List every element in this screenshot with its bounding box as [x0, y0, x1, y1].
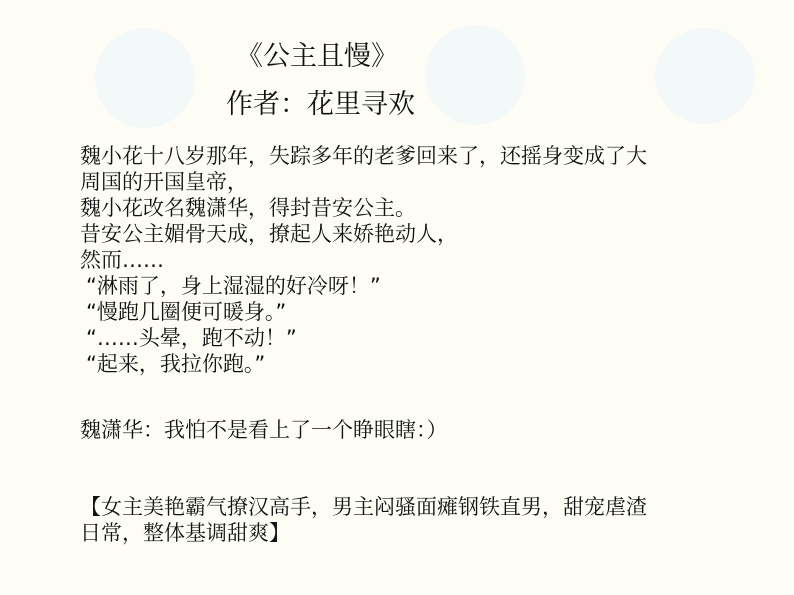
- tag-summary: 【女主美艳霸气撩汉高手，男主闷骚面瘫钢铁直男，甜宠虐渣 日常，整体基调甜爽】: [80, 494, 750, 546]
- book-title: 《公主且慢》: [236, 34, 398, 73]
- tag-line: 日常，整体基调甜爽】: [80, 520, 750, 546]
- watermark-circle: [425, 25, 525, 125]
- dialogue-line: “淋雨了，身上湿湿的好冷呀！”: [80, 273, 760, 299]
- synopsis-line: 周国的开国皇帝，: [80, 169, 760, 195]
- synopsis: 魏小花十八岁那年，失踪多年的老爹回来了，还摇身变成了大 周国的开国皇帝， 魏小花…: [80, 143, 760, 443]
- punchline: 魏潇华：我怕不是看上了一个睁眼瞎：）: [80, 417, 760, 443]
- watermark-circle: [655, 28, 755, 124]
- synopsis-line: 魏小花改名魏潇华，得封昔安公主。: [80, 195, 760, 221]
- book-author: 作者：花里寻欢: [226, 82, 415, 121]
- watermark-circle: [95, 28, 195, 128]
- dialogue-line: “起来，我拉你跑。”: [80, 351, 760, 377]
- dialogue-line: “……头晕，跑不动！”: [80, 325, 760, 351]
- synopsis-line: 魏小花十八岁那年，失踪多年的老爹回来了，还摇身变成了大: [80, 143, 760, 169]
- synopsis-line: 然而……: [80, 247, 760, 273]
- tag-line: 【女主美艳霸气撩汉高手，男主闷骚面瘫钢铁直男，甜宠虐渣: [80, 494, 750, 520]
- synopsis-line: 昔安公主媚骨天成，撩起人来娇艳动人，: [80, 221, 760, 247]
- dialogue-line: “慢跑几圈便可暖身。”: [80, 299, 760, 325]
- spacer: [80, 377, 760, 417]
